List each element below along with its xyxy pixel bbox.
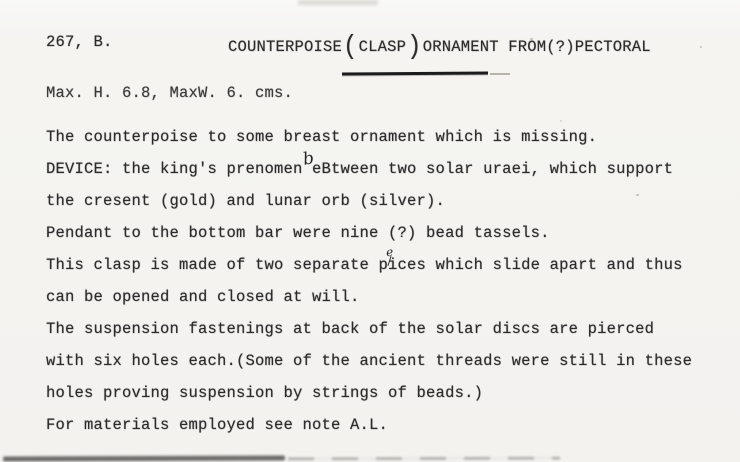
- title-underline-tail: [490, 73, 510, 75]
- body-line: can be opened and closed at will.: [46, 281, 726, 313]
- body-line: the cresent (gold) and lunar orb (silver…: [46, 185, 726, 217]
- body-text: The counterpoise to some breast ornament…: [46, 121, 726, 441]
- scan-edge-smudge-dark: [3, 456, 285, 462]
- title-post: ORNAMENT FROM(?)PECTORAL: [423, 38, 651, 56]
- paper-speck: [636, 194, 639, 196]
- page-title: COUNTERPOISE(CLASP)ORNAMENT FROM(?)PECTO…: [228, 33, 651, 60]
- paper-speck: [700, 46, 702, 48]
- body-line: Pendant to the bottom bar were nine (?) …: [46, 217, 726, 249]
- catalog-number: 267, B.: [46, 33, 113, 51]
- open-paren-mark: (: [343, 32, 358, 62]
- title-pre: COUNTERPOISE: [228, 38, 342, 56]
- typewritten-catalog-card: 267, B. COUNTERPOISE(CLASP)ORNAMENT FROM…: [0, 0, 740, 462]
- measurements-line: Max. H. 6.8, MaxW. 6. cms.: [46, 84, 293, 102]
- scan-top-smudge: [298, 0, 378, 5]
- title-underline: [342, 72, 488, 76]
- body-line: holes proving suspension by strings of b…: [46, 377, 726, 409]
- scan-edge-smudge-light: [288, 457, 560, 461]
- body-line: The suspension fastenings at back of the…: [46, 313, 726, 345]
- title-paren-word: CLASP: [359, 38, 407, 56]
- body-line: The counterpoise to some breast ornament…: [46, 121, 726, 153]
- body-line: DEVICE: the king's prenomen eBtween two …: [46, 153, 726, 185]
- body-line: with six holes each.(Some of the ancient…: [46, 345, 726, 377]
- paper-speck: [530, 38, 533, 40]
- paper-speck: [560, 120, 562, 122]
- body-line: For materials employed see note A.L.: [46, 409, 726, 441]
- close-paren-mark: ): [407, 32, 422, 62]
